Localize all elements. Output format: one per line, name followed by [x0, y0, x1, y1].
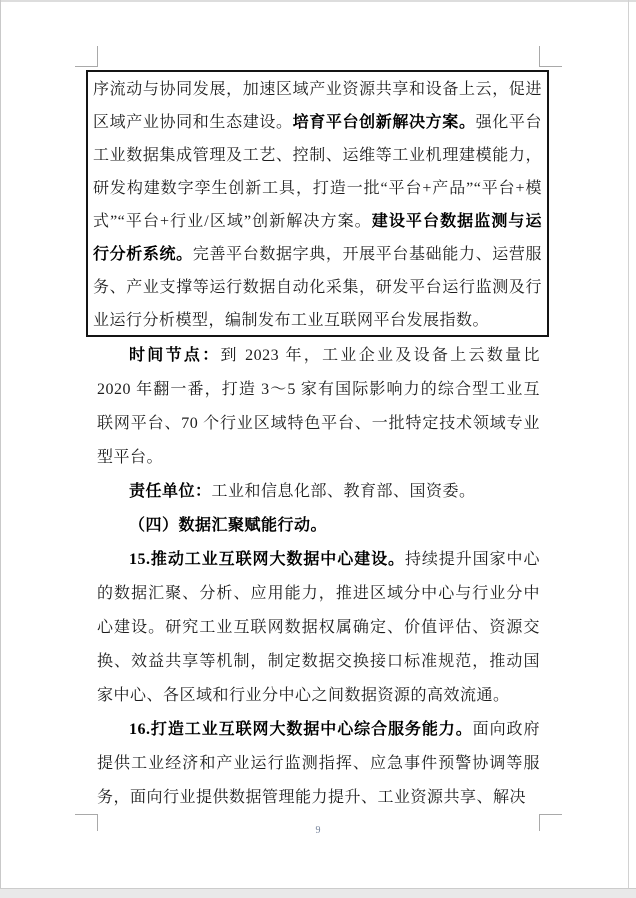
paragraph-item-16: 16.打造工业互联网大数据中心综合服务能力。面向政府提供工业经济和产业运行监测指… [97, 713, 540, 815]
crop-mark-top-right [539, 46, 562, 67]
crop-mark-top-left [75, 46, 98, 67]
body-text-flow: 时间节点：到 2023 年，工业企业及设备上云数量比 2020 年翻一番，打造 … [97, 339, 540, 815]
document-page: 序流动与协同发展，加速区域产业资源共享和设备上云，促进区域产业协同和生态建设。培… [0, 0, 636, 898]
paragraph-responsible-unit: 责任单位：工业和信息化部、教育部、国资委。 [97, 475, 540, 509]
paragraph-item-15: 15.推动工业互联网大数据中心建设。持续提升国家中心的数据汇聚、分析、应用能力，… [97, 543, 540, 713]
page-left-edge [0, 0, 1, 888]
page-top-edge [0, 0, 636, 2]
boxed-continuation-paragraph: 序流动与协同发展，加速区域产业资源共享和设备上云，促进区域产业协同和生态建设。培… [93, 73, 542, 337]
section-heading-4: （四）数据汇聚赋能行动。 [97, 509, 540, 543]
bold-run: 15.推动工业互联网大数据中心建设。 [129, 551, 405, 568]
bold-run: 培育平台创新解决方案。 [293, 114, 476, 131]
bold-run: （四）数据汇聚赋能行动。 [129, 517, 327, 534]
bold-run: 时间节点： [129, 347, 221, 364]
text-run: 到 2023 年，工业企业及设备上云数量比 2020 年翻一番，打造 3～5 家… [97, 347, 540, 466]
text-run: 持续提升国家中心的数据汇聚、分析、应用能力，推进区域分中心与行业分中心建设。研究… [97, 551, 540, 704]
page-footer: 9 [0, 820, 636, 838]
bold-run: 16.打造工业互联网大数据中心综合服务能力。 [129, 721, 473, 738]
page-number: 9 [316, 825, 321, 836]
bold-run: 责任单位： [129, 483, 212, 500]
page-right-edge [628, 0, 629, 888]
paragraph-time-node: 时间节点：到 2023 年，工业企业及设备上云数量比 2020 年翻一番，打造 … [97, 339, 540, 475]
canvas-below-page [0, 888, 636, 898]
boxed-text-block: 序流动与协同发展，加速区域产业资源共享和设备上云，促进区域产业协同和生态建设。培… [86, 70, 549, 337]
text-run: 工业和信息化部、教育部、国资委。 [212, 483, 476, 500]
